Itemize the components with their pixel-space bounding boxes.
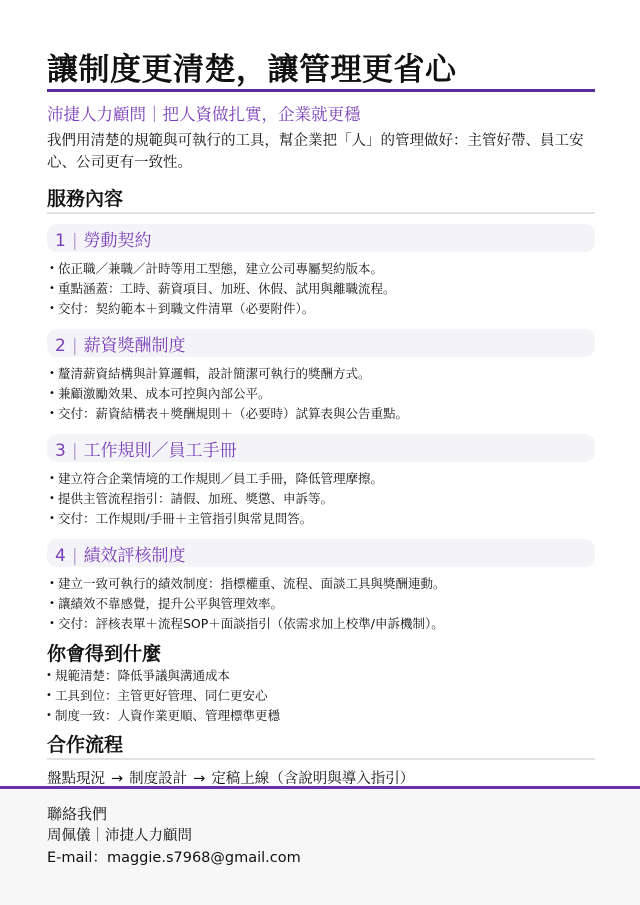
contact-footer: 聯絡我們 周佩儀｜沛捷人力顧問 E-mail：maggie.s7968@gmai… (0, 786, 640, 905)
list-item: 工具到位：主管更好管理、同仁更安心 (46, 686, 595, 706)
service-number: 1 (55, 224, 66, 252)
process-section: 合作流程 盤點現況→制度設計→定稿上線（含說明與導入指引） (47, 732, 595, 790)
service-number: 3 (55, 434, 66, 462)
arrow-right-icon: → (193, 771, 205, 787)
list-item: 依正職／兼職／計時等用工型態，建立公司專屬契約版本。 (47, 259, 595, 279)
process-heading: 合作流程 (47, 732, 595, 758)
title-divider (47, 89, 595, 92)
service-title: 績效評核制度 (84, 539, 186, 567)
contact-block: 聯絡我們 周佩儀｜沛捷人力顧問 E-mail：maggie.s7968@gmai… (47, 803, 301, 869)
service-card-header: 4|績效評核制度 (47, 539, 595, 567)
process-step-2: 制度設計 (129, 771, 187, 787)
list-item: 建立符合企業情境的工作規則／員工手冊，降低管理摩擦。 (47, 469, 595, 489)
gains-list: 規範清楚：降低爭議與溝通成本 工具到位：主管更好管理、同仁更安心 制度一致：人資… (47, 666, 595, 726)
service-card-header: 2|薪資獎酬制度 (47, 329, 595, 357)
contact-heading: 聯絡我們 (47, 803, 301, 825)
services-section: 服務內容 1|勞動契約 依正職／兼職／計時等用工型態，建立公司專屬契約版本。 重… (47, 186, 595, 634)
service-bullets: 釐清薪資結構與計算邏輯，設計簡潔可執行的獎酬方式。 兼顧激勵效果、成本可控與內部… (47, 364, 595, 424)
intro-paragraph: 我們用清楚的規範與可執行的工具，幫企業把「人」的管理做好：主管好帶、員工安心、公… (47, 130, 595, 174)
services-divider (47, 212, 595, 214)
service-card-2: 2|薪資獎酬制度 釐清薪資結構與計算邏輯，設計簡潔可執行的獎酬方式。 兼顧激勵效… (47, 329, 595, 424)
list-item: 釐清薪資結構與計算邏輯，設計簡潔可執行的獎酬方式。 (47, 364, 595, 384)
contact-email[interactable]: E-mail：maggie.s7968@gmail.com (47, 847, 301, 869)
list-item: 建立一致可執行的績效制度：指標權重、流程、面談工具與獎酬連動。 (47, 574, 595, 594)
service-card-4: 4|績效評核制度 建立一致可執行的績效制度：指標權重、流程、面談工具與獎酬連動。… (47, 539, 595, 634)
page-title: 讓制度更清楚，讓管理更省心 (47, 52, 595, 88)
document-page: 讓制度更清楚，讓管理更省心 沛捷人力顧問｜把人資做扎實，企業就更穩 我們用清楚的… (0, 0, 640, 905)
list-item: 讓績效不靠感覺，提升公平與管理效率。 (47, 594, 595, 614)
services-heading: 服務內容 (47, 186, 595, 212)
list-item: 交付：薪資結構表＋獎酬規則＋（必要時）試算表與公告重點。 (47, 404, 595, 424)
service-number: 2 (55, 329, 66, 357)
service-number: 4 (55, 539, 66, 567)
separator: | (72, 329, 78, 357)
main-content: 讓制度更清楚，讓管理更省心 沛捷人力顧問｜把人資做扎實，企業就更穩 我們用清楚的… (47, 52, 595, 790)
gains-section: 你會得到什麼 規範清楚：降低爭議與溝通成本 工具到位：主管更好管理、同仁更安心 … (47, 642, 595, 726)
service-bullets: 依正職／兼職／計時等用工型態，建立公司專屬契約版本。 重點涵蓋：工時、薪資項目、… (47, 259, 595, 319)
list-item: 交付：工作規則/手冊＋主管指引與常見問答。 (47, 509, 595, 529)
gains-heading: 你會得到什麼 (47, 642, 595, 666)
service-title: 勞動契約 (84, 224, 152, 252)
list-item: 兼顧激勵效果、成本可控與內部公平。 (47, 384, 595, 404)
service-card-3: 3|工作規則／員工手冊 建立符合企業情境的工作規則／員工手冊，降低管理摩擦。 提… (47, 434, 595, 529)
list-item: 重點涵蓋：工時、薪資項目、加班、休假、試用與離職流程。 (47, 279, 595, 299)
list-item: 規範清楚：降低爭議與溝通成本 (46, 666, 595, 686)
separator: | (72, 539, 78, 567)
service-title: 工作規則／員工手冊 (84, 434, 237, 462)
list-item: 交付：契約範本＋到職文件清單（必要附件）。 (47, 299, 595, 319)
list-item: 提供主管流程指引：請假、加班、獎懲、申訴等。 (47, 489, 595, 509)
service-card-header: 1|勞動契約 (47, 224, 595, 252)
process-step-1: 盤點現況 (47, 771, 105, 787)
process-step-3: 定稿上線（含說明與導入指引） (211, 771, 414, 787)
service-card-1: 1|勞動契約 依正職／兼職／計時等用工型態，建立公司專屬契約版本。 重點涵蓋：工… (47, 224, 595, 319)
service-bullets: 建立符合企業情境的工作規則／員工手冊，降低管理摩擦。 提供主管流程指引：請假、加… (47, 469, 595, 529)
list-item: 制度一致：人資作業更順、管理標準更穩 (46, 706, 595, 726)
service-card-header: 3|工作規則／員工手冊 (47, 434, 595, 462)
contact-name: 周佩儀｜沛捷人力顧問 (47, 825, 301, 847)
list-item: 交付：評核表單＋流程SOP＋面談指引（依需求加上校準/申訴機制）。 (47, 614, 595, 634)
arrow-right-icon: → (111, 771, 123, 787)
service-title: 薪資獎酬制度 (84, 329, 186, 357)
service-bullets: 建立一致可執行的績效制度：指標權重、流程、面談工具與獎酬連動。 讓績效不靠感覺，… (47, 574, 595, 634)
separator: | (72, 224, 78, 252)
process-divider (47, 758, 595, 760)
page-subtitle: 沛捷人力顧問｜把人資做扎實，企業就更穩 (47, 104, 595, 126)
separator: | (72, 434, 78, 462)
